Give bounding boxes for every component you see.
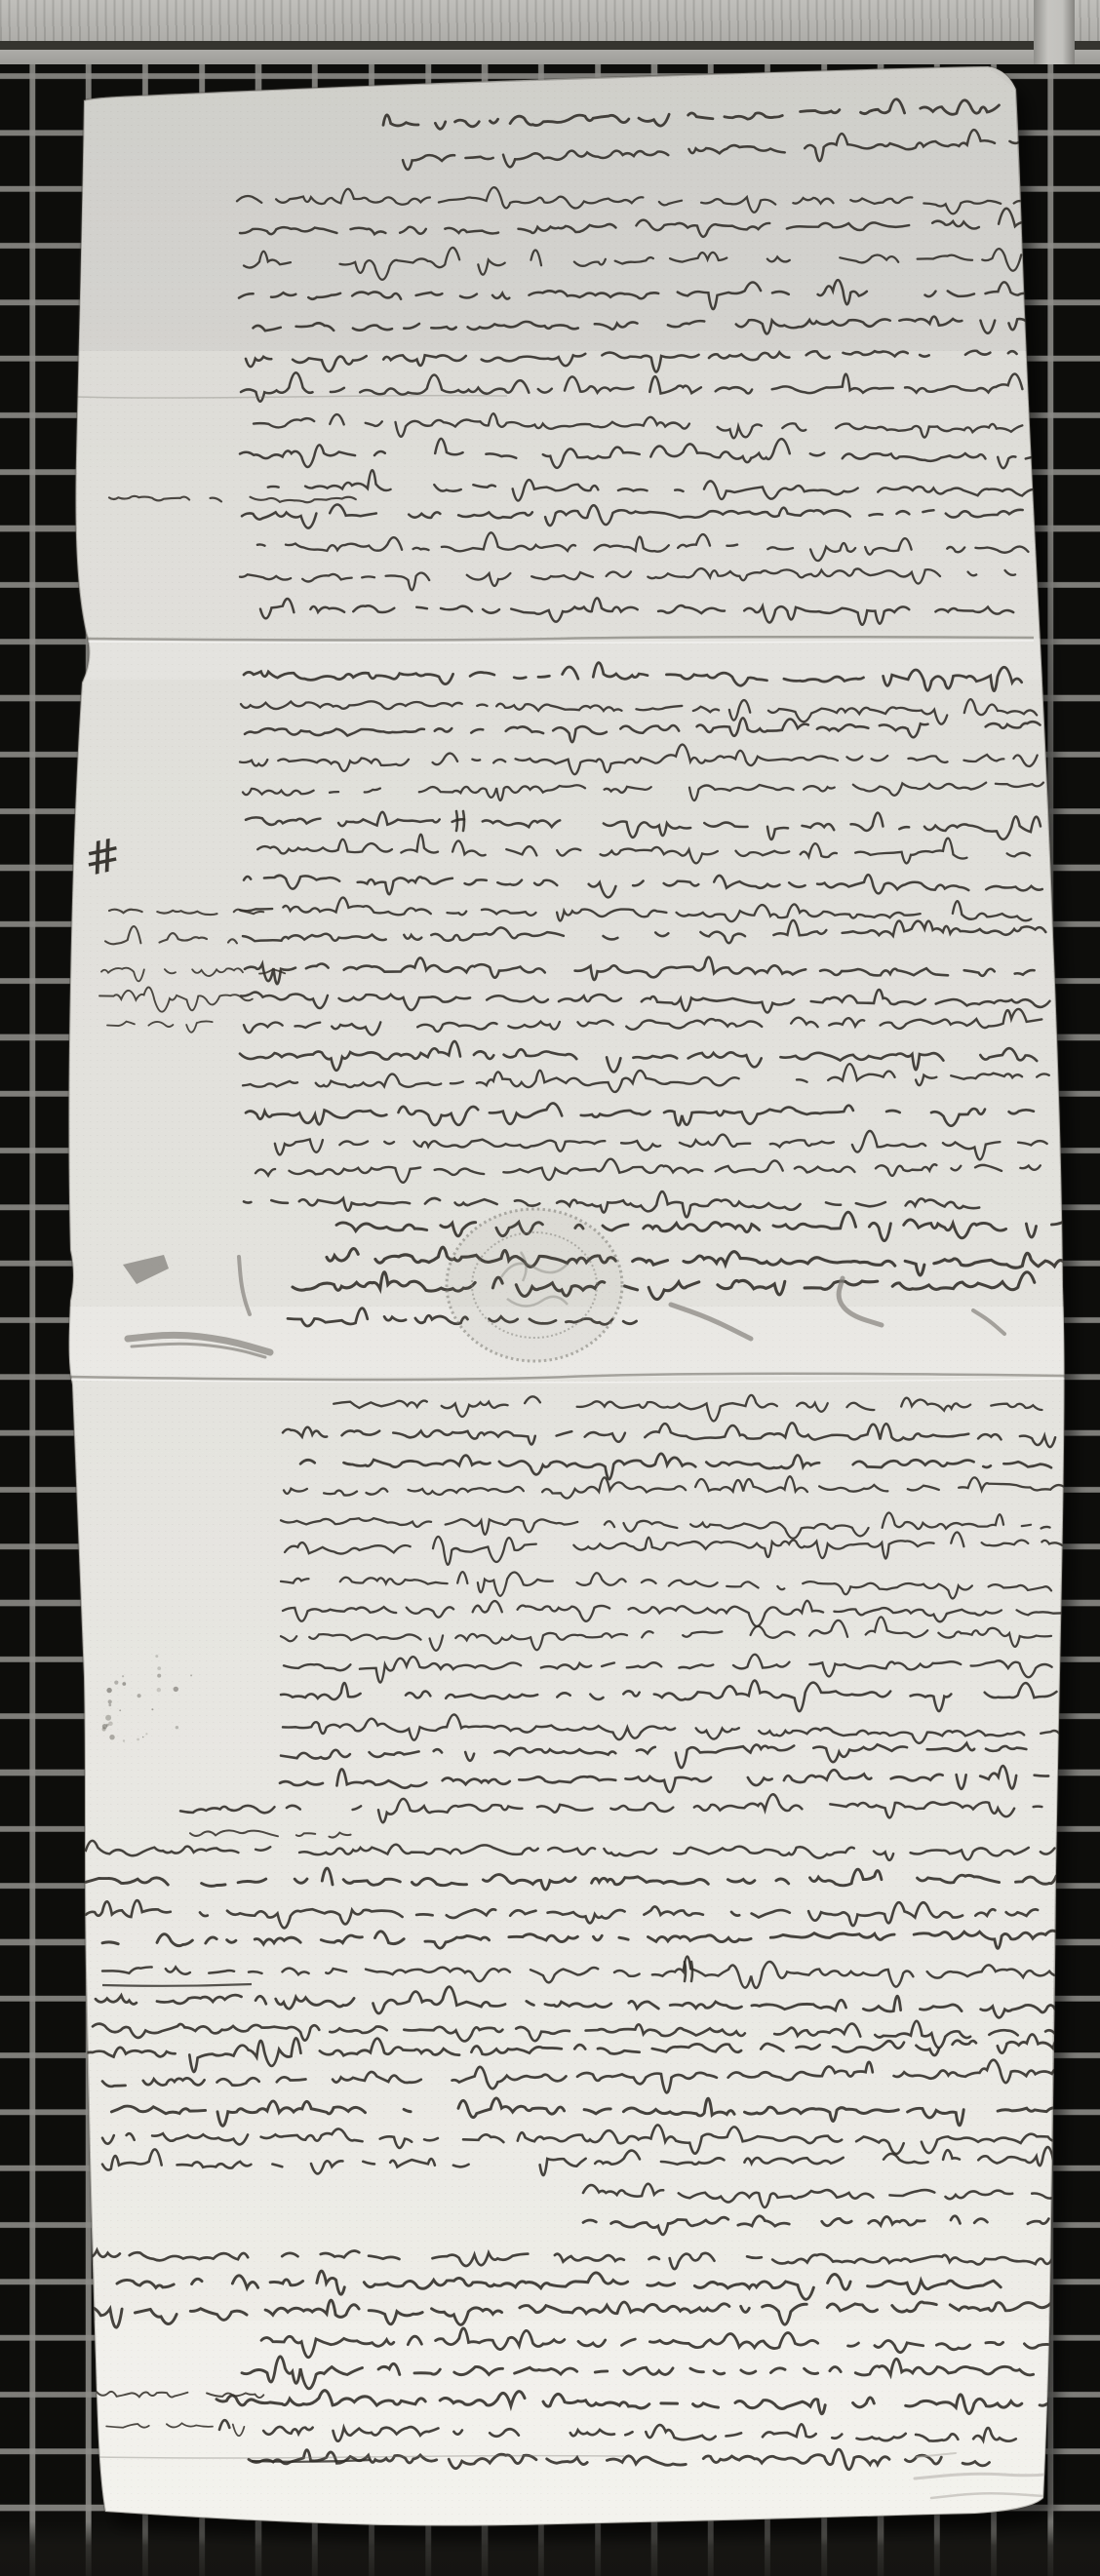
foxing-speckle bbox=[157, 1666, 161, 1670]
foxing-speckle bbox=[102, 1727, 106, 1731]
foxing-speckle bbox=[137, 1694, 141, 1698]
foxing-speckle bbox=[190, 1674, 192, 1676]
manuscript-photograph: # bbox=[0, 0, 1100, 2576]
foxing-speckle bbox=[106, 1724, 109, 1727]
foxing-speckle bbox=[108, 1722, 113, 1727]
foxing-speckle bbox=[157, 1674, 161, 1678]
foxing-speckle bbox=[142, 1737, 144, 1738]
foxing-speckle bbox=[108, 1699, 112, 1703]
foxing-speckle bbox=[174, 1687, 178, 1692]
foxing-speckle bbox=[151, 1708, 153, 1710]
foxing-speckle bbox=[105, 1715, 111, 1721]
paper-detail-layer bbox=[59, 59, 1077, 2555]
foxing-speckle bbox=[137, 1738, 139, 1741]
foxing-speckle bbox=[109, 1735, 114, 1739]
foxing-speckle bbox=[114, 1681, 118, 1685]
foxing-speckle bbox=[108, 1703, 111, 1706]
manuscript-page-art bbox=[0, 0, 1100, 2576]
foxing-speckle bbox=[176, 1726, 178, 1729]
foxing-speckle bbox=[119, 1709, 121, 1711]
foxing-speckle bbox=[106, 1688, 111, 1693]
foxing-speckle bbox=[155, 1655, 158, 1658]
foxing-speckle bbox=[157, 1688, 161, 1692]
foxing-speckle bbox=[123, 1739, 125, 1741]
foxing-speckle bbox=[145, 1733, 147, 1735]
foxing-speckle bbox=[122, 1675, 124, 1677]
foxing-speckle bbox=[122, 1682, 126, 1686]
